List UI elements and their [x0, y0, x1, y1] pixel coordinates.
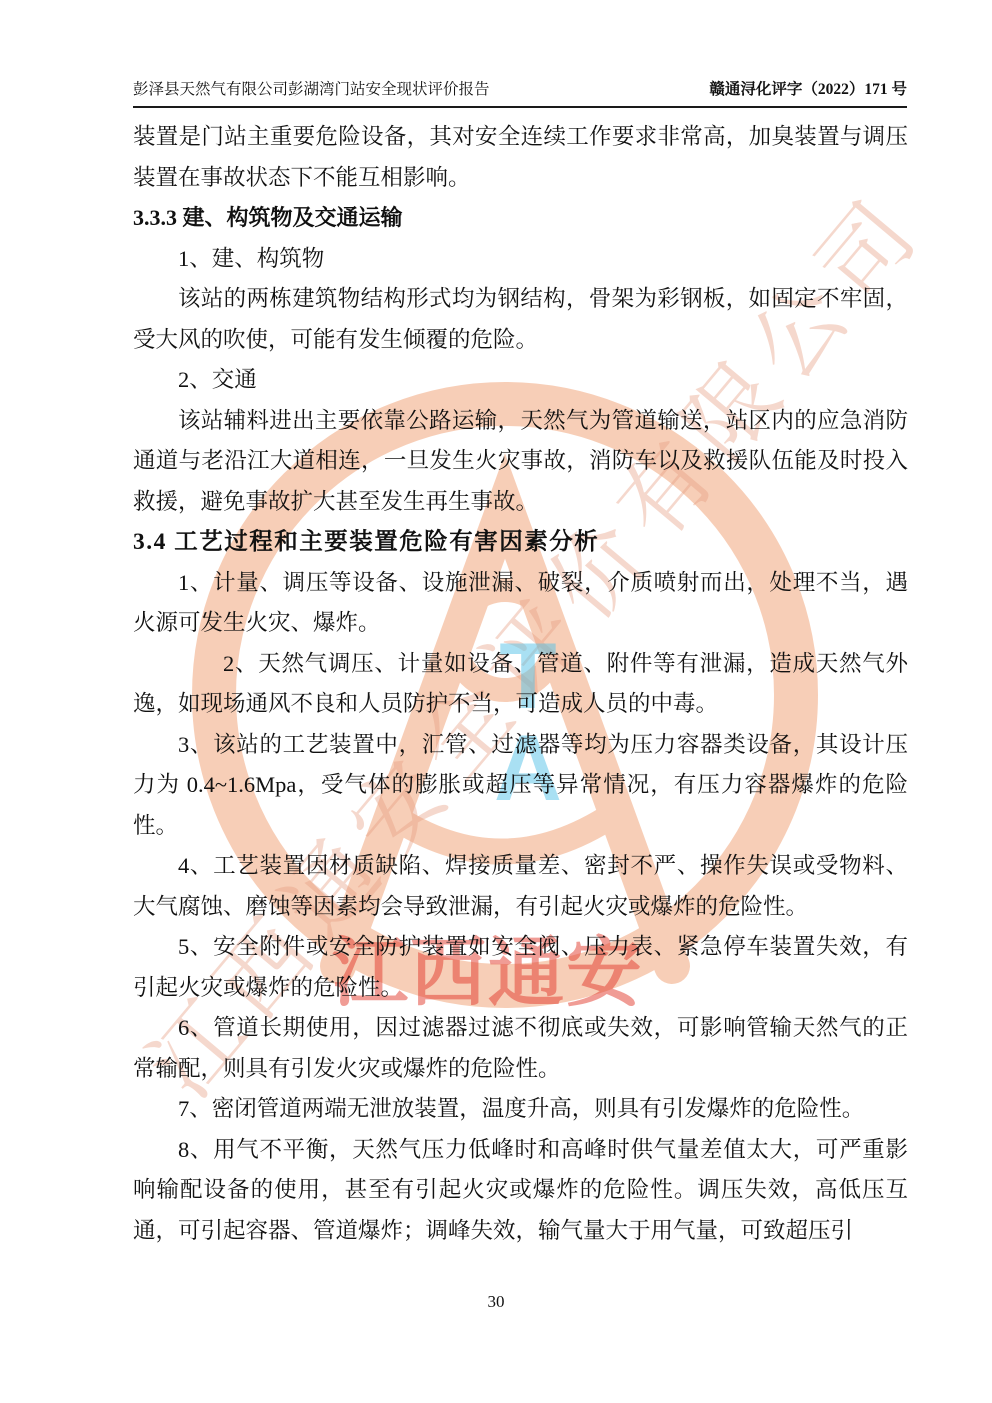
page-number: 30: [0, 1292, 992, 1312]
page-content: 彭泽县天然气有限公司彭湖湾门站安全现状评价报告 赣通浔化评字（2022）171 …: [0, 0, 992, 1403]
paragraph-continuation: 装置是门站主重要危险设备，其对安全连续工作要求非常高，加臭装置与调压装置在事故状…: [133, 117, 908, 198]
list-item: 2、交通: [133, 360, 908, 401]
document-page: 江西通安全评价有限公司 T A 江西通安 彭泽县天然气有限公司彭湖湾门站安全现状…: [0, 0, 992, 1403]
paragraph: 5、安全附件或安全防护装置如安全阀、压力表、紧急停车装置失效，有引起火灾或爆炸的…: [133, 927, 908, 1008]
paragraph: 6、管道长期使用，因过滤器过滤不彻底或失效，可影响管输天然气的正常输配，则具有引…: [133, 1008, 908, 1089]
header-report-title: 彭泽县天然气有限公司彭湖湾门站安全现状评价报告: [133, 80, 490, 100]
list-item: 1、建、构筑物: [133, 239, 908, 280]
body-text: 装置是门站主重要危险设备，其对安全连续工作要求非常高，加臭装置与调压装置在事故状…: [133, 117, 908, 1251]
paragraph: 3、该站的工艺装置中，汇管、过滤器等均为压力容器类设备，其设计压力为 0.4~1…: [133, 725, 908, 847]
paragraph: 4、工艺装置因材质缺陷、焊接质量差、密封不严、操作失误或受物料、大气腐蚀、磨蚀等…: [133, 846, 908, 927]
page-header: 彭泽县天然气有限公司彭湖湾门站安全现状评价报告 赣通浔化评字（2022）171 …: [133, 80, 907, 108]
paragraph: 该站的两栋建筑物结构形式均为钢结构，骨架为彩钢板，如固定不牢固，受大风的吹使，可…: [133, 279, 908, 360]
paragraph: 该站辅料进出主要依靠公路运输，天然气为管道输送，站区内的应急消防通道与老沿江大道…: [133, 401, 908, 523]
paragraph: 1、计量、调压等设备、设施泄漏、破裂，介质喷射而出，处理不当，遇火源可发生火灾、…: [133, 563, 908, 644]
section-heading-3-3-3: 3.3.3 建、构筑物及交通运输: [133, 198, 908, 239]
header-document-ref: 赣通浔化评字（2022）171 号: [709, 80, 907, 100]
paragraph: 8、用气不平衡，天然气压力低峰时和高峰时供气量差值太大，可严重影响输配设备的使用…: [133, 1130, 908, 1252]
paragraph: 2、天然气调压、计量如设备、管道、附件等有泄漏，造成天然气外逸，如现场通风不良和…: [133, 644, 908, 725]
section-heading-3-4: 3.4 工艺过程和主要装置危险有害因素分析: [133, 522, 908, 563]
paragraph: 7、密闭管道两端无泄放装置，温度升高，则具有引发爆炸的危险性。: [133, 1089, 908, 1130]
